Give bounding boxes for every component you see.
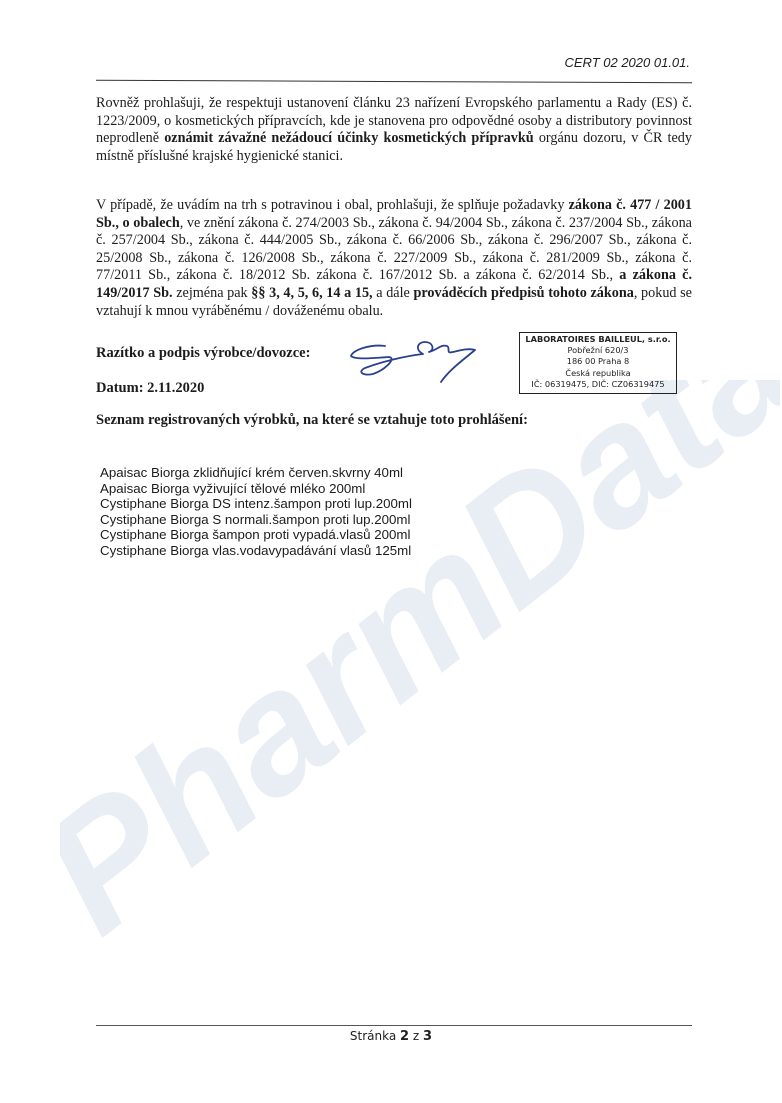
- svg-text:PharmData s.r.o.: PharmData s.r.o.: [60, 380, 780, 940]
- date-label: Datum: 2.11.2020: [96, 380, 204, 397]
- watermark-pharmdata: PharmData s.r.o.: [60, 380, 780, 940]
- list-item: Cystiphane Biorga šampon proti vypadá.vl…: [100, 527, 412, 543]
- paragraph-cosmetics-regulation: Rovněž prohlašuji, že respektuji ustanov…: [96, 95, 692, 165]
- stamp-signature-label: Razítko a podpis výrobce/dovozce:: [96, 345, 310, 362]
- header-divider: [96, 80, 692, 84]
- stamp-city: 186 00 Praha 8: [520, 356, 676, 367]
- page-number: Stránka 2 z 3: [0, 1029, 782, 1044]
- signature-icon: [345, 334, 495, 388]
- list-item: Cystiphane Biorga S normali.šampon proti…: [100, 512, 412, 528]
- list-item: Apaisac Biorga zklidňující krém červen.s…: [100, 465, 412, 481]
- footer-divider: [96, 1025, 692, 1026]
- list-item: Apaisac Biorga vyživující tělové mléko 2…: [100, 481, 412, 497]
- stamp-street: Pobřežní 620/3: [520, 345, 676, 356]
- document-code: CERT 02 2020 01.01.: [564, 55, 690, 70]
- list-item: Cystiphane Biorga vlas.vodavypadávání vl…: [100, 543, 412, 559]
- product-list-title: Seznam registrovaných výrobků, na které …: [96, 412, 528, 429]
- stamp-ids: IČ: 06319475, DIČ: CZ06319475: [520, 379, 676, 390]
- paragraph-packaging-law: V případě, že uvádím na trh s potravinou…: [96, 197, 692, 320]
- product-list: Apaisac Biorga zklidňující krém červen.s…: [100, 465, 412, 559]
- company-stamp: LABORATOIRES BAILLEUL, s.r.o. Pobřežní 6…: [519, 332, 677, 394]
- stamp-company-name: LABORATOIRES BAILLEUL, s.r.o.: [520, 334, 676, 345]
- list-item: Cystiphane Biorga DS intenz.šampon proti…: [100, 496, 412, 512]
- stamp-country: Česká republika: [520, 368, 676, 379]
